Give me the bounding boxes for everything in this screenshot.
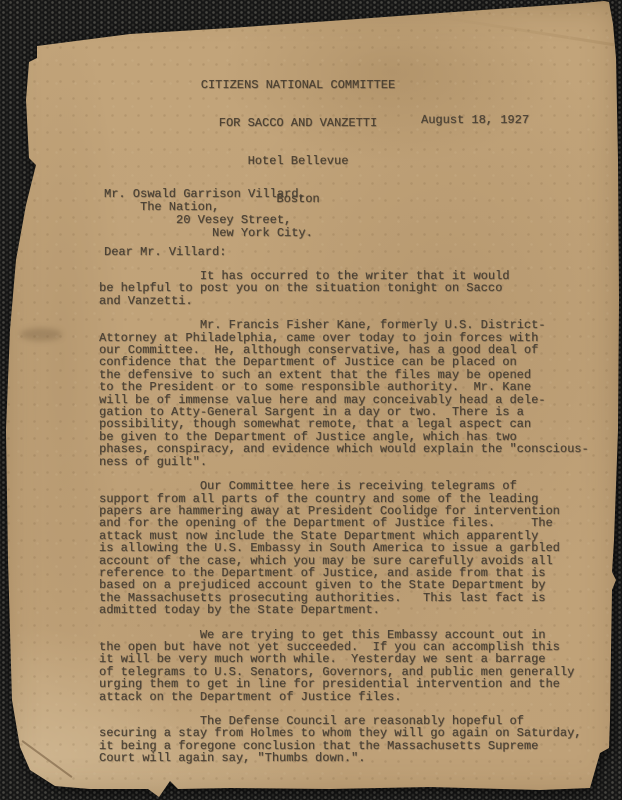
ink-smudge <box>20 328 62 341</box>
recipient-address: Mr. Oswald Garrison Villard, The Nation,… <box>104 188 313 240</box>
letterhead-line-org: CITIZENS NATIONAL COMMITTEE <box>166 79 430 92</box>
salutation: Dear Mr. Villard: <box>104 246 226 258</box>
paragraph-kane: Mr. Francis Fisher Kane, formerly U.S. D… <box>99 319 599 468</box>
date-line: August 18, 1927 <box>421 114 529 126</box>
paragraph-intro: It has occurred to the writer that it wo… <box>99 270 599 307</box>
paragraph-defense-council: The Defense Council are reasonably hopef… <box>99 715 599 765</box>
letterhead-line-hotel: Hotel Bellevue <box>166 155 430 168</box>
paragraph-telegrams: Our Committee here is receiving telegram… <box>99 480 599 616</box>
letterhead-line-cause: FOR SACCO AND VANZETTI <box>166 117 430 130</box>
scan-background: CITIZENS NATIONAL COMMITTEE FOR SACCO AN… <box>0 0 622 800</box>
paper-surface: CITIZENS NATIONAL COMMITTEE FOR SACCO AN… <box>0 0 622 800</box>
letter-paper: CITIZENS NATIONAL COMMITTEE FOR SACCO AN… <box>0 0 622 800</box>
letter-body: It has occurred to the writer that it wo… <box>99 270 599 777</box>
paragraph-embassy: We are trying to get this Embassy accoun… <box>99 629 599 703</box>
